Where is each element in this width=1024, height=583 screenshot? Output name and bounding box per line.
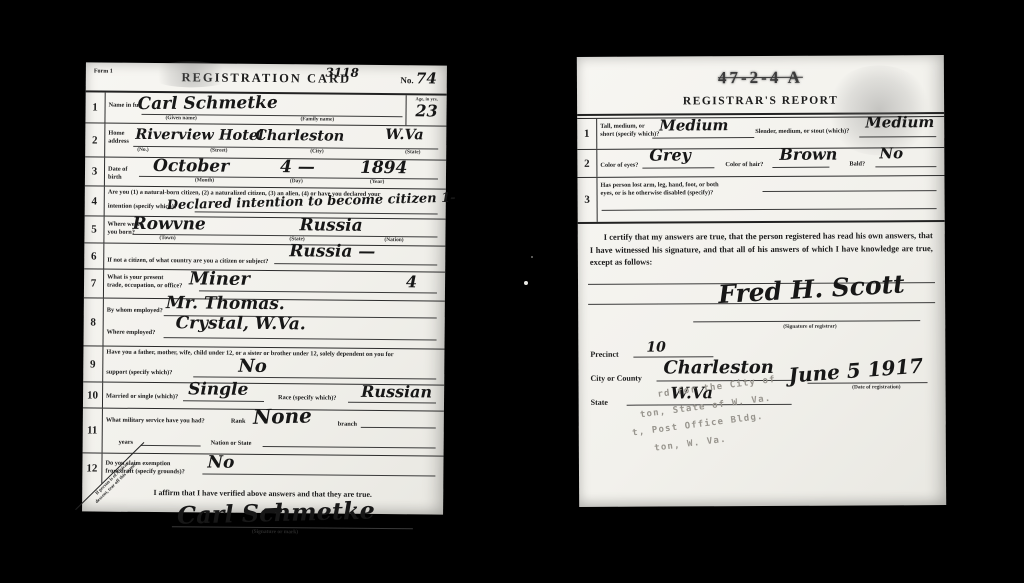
year-sublabel: (Year)	[370, 179, 384, 185]
row-number: 2	[85, 123, 105, 156]
row-employer: 8 By whom employed? Mr. Thomas. Where em…	[83, 298, 444, 349]
birth-town-value: Rowvne	[132, 214, 205, 235]
registration-card-header: Form 1 REGISTRATION CARD 3118 No. 74	[86, 62, 447, 95]
row-name: 1 Name in full Carl Schmetke (Given name…	[85, 92, 446, 126]
row-disability: 3 Has person lost arm, leg, hand, foot, …	[577, 176, 944, 222]
dependents-label-line1: Have you a father, mother, wife, child u…	[106, 349, 440, 359]
row-number: 8	[83, 298, 103, 345]
by-whom-employed-label: By whom employed?	[107, 307, 163, 315]
no-sublabel: (No.)	[137, 147, 149, 153]
military-service-label: What military service have you had?	[106, 417, 205, 425]
row-date-of-birth: 3 Date of birth October 4 — 1894 (Month)…	[85, 157, 446, 189]
registrant-signature-block: Carl Schmetke (Signature or mark)	[82, 496, 443, 539]
color-of-hair-label: Color of hair?	[725, 161, 763, 169]
signature-or-mark-sublabel: (Signature or mark)	[252, 529, 298, 535]
name-value: Carl Schmetke	[138, 93, 278, 114]
build-label: Slender, medium, or stout (which)?	[755, 128, 849, 136]
color-of-eyes-label: Color of eyes?	[600, 162, 638, 170]
city-or-county-label: City or County	[590, 373, 641, 382]
row-number: 11	[83, 408, 103, 452]
day-sublabel: (Day)	[290, 178, 303, 184]
height-value: Medium	[659, 116, 728, 134]
dependents-value: No	[238, 356, 267, 377]
exemption-value: No	[207, 453, 234, 473]
where-employed-label: Where employed?	[107, 329, 156, 337]
age-value: 23	[406, 101, 446, 120]
build-value: Medium	[865, 113, 934, 131]
signature-of-registrar-sublabel: (Signature of registrar)	[783, 323, 836, 329]
certification-text: I certify that my answers are true, that…	[578, 222, 945, 270]
military-service-value: None	[253, 403, 312, 429]
row-where-born: 5 Where wereyou born? Rowvne Russia (Tow…	[84, 216, 445, 246]
age-box: Age, in yrs. 23	[405, 95, 446, 125]
height-label: Tall, medium, orshort (specify which)?	[600, 123, 659, 138]
row-number: 1	[85, 92, 105, 122]
birth-month-value: October	[153, 156, 229, 177]
birth-day-value: 4 —	[280, 157, 315, 177]
dependents-label-line2: support (specify which)?	[106, 369, 172, 377]
married-value: Single	[188, 379, 248, 400]
by-whom-employed-value: Mr. Thomas.	[166, 293, 285, 314]
row-number: 1	[577, 119, 597, 149]
row-number: 7	[84, 269, 104, 297]
birth-year-value: 1894	[360, 158, 408, 178]
address-city-value: Charleston	[255, 127, 344, 145]
race-value: Russian	[361, 382, 432, 402]
nation-or-state-label: Nation or State	[211, 440, 252, 448]
registration-card-title: REGISTRATION CARD	[86, 69, 447, 87]
registrar-signature-block: Fred H. Scott (Signature of registrar)	[578, 268, 945, 342]
row-number: 2	[577, 150, 597, 177]
row-number: 4	[85, 186, 105, 215]
address-state-value: W.Va	[385, 126, 424, 143]
row-number: 6	[84, 243, 104, 268]
scan-artifact-mark	[264, 508, 282, 514]
town-sublabel: (Town)	[159, 235, 175, 241]
citizen-country-value: Russia —	[289, 241, 375, 262]
row-number: 3	[577, 178, 597, 222]
birth-nation-value: Russia	[299, 215, 362, 236]
date-of-birth-label: Date of birth	[108, 166, 138, 181]
row-number: 9	[83, 346, 103, 381]
married-label: Married or single (which)?	[106, 393, 178, 401]
state-sublabel: (State)	[405, 149, 420, 155]
nation-sublabel: (Nation)	[384, 237, 403, 243]
eyes-value: Grey	[649, 145, 691, 164]
home-address-label: Homeaddress	[108, 130, 129, 145]
branch-label: branch	[338, 421, 357, 429]
row-number: 5	[84, 216, 104, 242]
hair-value: Brown	[779, 145, 837, 164]
race-label: Race (specify which)?	[278, 394, 336, 402]
serial-number-handwritten: 3118	[325, 66, 359, 80]
bald-label: Bald?	[849, 160, 865, 168]
street-sublabel: (Street)	[210, 148, 227, 154]
row-dependents: 9 Have you a father, mother, wife, child…	[83, 346, 444, 385]
where-employed-value: Crystal, W.Va.	[176, 313, 306, 334]
row-number: 10	[83, 382, 103, 407]
registration-card: Form 1 REGISTRATION CARD 3118 No. 74 1 N…	[82, 62, 447, 514]
years-label: years	[119, 439, 133, 447]
precinct-value: 10	[646, 339, 666, 355]
trade-value: Miner	[189, 268, 250, 290]
dust-speck	[524, 281, 528, 285]
disability-label: Has person lost arm, leg, hand, foot, or…	[600, 181, 718, 197]
precinct-label: Precinct	[590, 350, 618, 359]
row-number: 12	[82, 453, 102, 483]
registrars-report-card: 47-2-4 A REGISTRAR'S REPORT 1 Tall, medi…	[577, 55, 946, 507]
row-eyes-hair: 2 Color of eyes? Grey Color of hair? Bro…	[577, 148, 944, 178]
given-name-sublabel: (Given name)	[165, 115, 196, 121]
citizen-country-label: If not a citizen, of what country are yo…	[107, 257, 268, 266]
card-number-value: 74	[416, 69, 437, 87]
row-citizen-country: 6 If not a citizen, of what country are …	[84, 243, 445, 272]
trade-label: What is your presenttrade, occupation, o…	[107, 274, 182, 290]
card-number: No. 74	[400, 69, 437, 87]
address-no-value: Riverview Hotel	[135, 126, 263, 144]
date-of-registration-sublabel: (Date of registration)	[852, 384, 900, 390]
bald-value: No	[879, 144, 903, 162]
month-sublabel: (Month)	[195, 177, 214, 183]
row-number: 3	[85, 157, 105, 185]
rank-label: Rank	[231, 418, 246, 426]
trade-extra-value: 4	[406, 272, 417, 291]
row-home-address: 2 Homeaddress Riverview Hotel Charleston…	[85, 123, 446, 160]
state-label: State	[591, 398, 608, 407]
card-number-label: No.	[400, 75, 413, 85]
registrars-report-rows: 1 Tall, medium, orshort (specify which)?…	[577, 112, 945, 222]
city-sublabel: (City)	[310, 148, 324, 154]
dust-speck	[531, 256, 533, 258]
family-name-sublabel: (Family name)	[300, 116, 334, 122]
